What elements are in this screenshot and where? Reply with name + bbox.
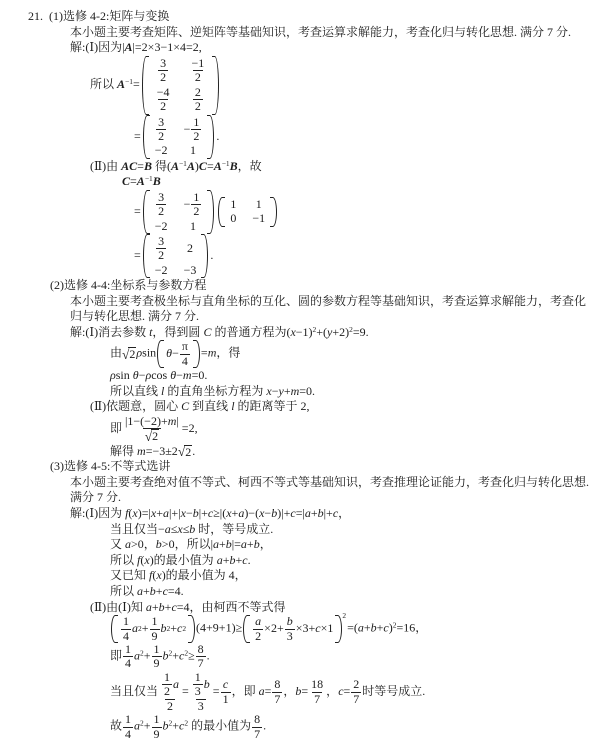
matrix-cell: 0 xyxy=(230,212,236,225)
text: 7 xyxy=(274,693,280,706)
matrix-grid: 322−2−3 xyxy=(152,234,200,278)
text-line-27: (Ⅱ)由(Ⅰ)知 a+b+c=4，由柯西不等式得 xyxy=(0,600,608,616)
matrix-cell: 32 xyxy=(155,191,167,219)
text-line-25: 又已知 f(x)的最小值为 4， xyxy=(0,568,608,584)
text-line-20: 本小题主要考查绝对值不等式、柯西不等式等基础知识，考查推理论证能力，考查化归与转… xyxy=(0,475,608,506)
text: |+ xyxy=(324,506,333,520)
text: ，得到圆 xyxy=(152,325,203,339)
text: 9 xyxy=(154,728,160,741)
text: +( xyxy=(316,325,327,339)
numerator: 1 xyxy=(152,713,162,726)
text: 解:(Ⅰ)消去参数 xyxy=(70,325,149,339)
text: (Ⅱ)依题意，圆心 xyxy=(90,399,181,413)
denominator: √2 xyxy=(143,428,161,443)
denominator: 7 xyxy=(312,692,322,706)
text: )=| xyxy=(138,506,151,520)
text: 8 xyxy=(274,678,280,691)
fraction: 12a2 xyxy=(159,671,181,713)
numerator: 3 xyxy=(156,191,166,204)
fraction: 87 xyxy=(252,713,262,741)
fraction: 19 xyxy=(152,713,162,741)
text: 的普通方程为( xyxy=(211,325,290,339)
variable: a xyxy=(255,615,261,628)
right-paren xyxy=(270,197,277,226)
bold-variable: A xyxy=(171,159,179,173)
text-line-6: (Ⅱ)由 AC=B 得(A−1A)C=A−1B，故 xyxy=(0,159,608,175)
text: + xyxy=(152,600,159,614)
matrix-grid: 32−12−4222 xyxy=(151,56,211,115)
text: =4. xyxy=(168,584,184,598)
matrix-cell: 1 xyxy=(190,220,196,233)
fraction: 32 xyxy=(156,235,166,263)
paren-group: a2×2+b3×3+c×12 xyxy=(243,615,346,643)
numerator: 8 xyxy=(252,713,262,726)
text: 所以 xyxy=(110,584,137,598)
matrix-cell: 1 xyxy=(256,198,262,211)
text: =2, xyxy=(182,421,198,435)
group-superscript: 2 xyxy=(342,612,346,619)
text: 即 xyxy=(110,649,122,663)
denominator: 2 xyxy=(193,70,203,84)
matrix-cell: −2 xyxy=(155,220,168,233)
text: 3 xyxy=(160,57,166,70)
numerator: 13b xyxy=(190,671,212,699)
text: −1) xyxy=(296,325,313,339)
text-line-22: 当且仅当−a≤x≤b 时，等号成立. xyxy=(0,522,608,538)
text: = xyxy=(137,159,144,173)
text: 又已知 xyxy=(110,568,149,582)
bold-variable: A xyxy=(117,77,125,91)
text: + xyxy=(311,506,318,520)
text: 2 xyxy=(152,429,158,443)
text: 7 xyxy=(254,728,260,741)
text-line-23: 又 a>0，b>0，所以|a+b|=a+b， xyxy=(0,537,608,553)
text: 2 xyxy=(167,700,173,713)
fraction: 87 xyxy=(272,678,282,706)
text: 所以 xyxy=(90,77,117,91)
matrix: 322−2−3 xyxy=(143,234,209,278)
numerator: 8 xyxy=(196,643,206,656)
numerator: 1 xyxy=(123,713,133,726)
numerator: 1 xyxy=(123,643,133,656)
bold-variable: A xyxy=(214,159,222,173)
text: = xyxy=(213,684,220,698)
text: − xyxy=(186,506,193,520)
text: 4 xyxy=(125,657,131,670)
matrix-cell: −12 xyxy=(189,57,208,85)
text: |1−(−2)+ xyxy=(125,415,168,428)
bold-variable: A xyxy=(187,159,195,173)
group-content: 14a2+19b2+c2 xyxy=(120,615,186,643)
text: 的直角坐标方程为 xyxy=(164,384,266,398)
fraction: 32 xyxy=(156,191,166,219)
left-paren xyxy=(143,115,150,159)
text: 2 xyxy=(158,249,164,262)
bold-variable: B xyxy=(230,159,238,173)
variable: b xyxy=(204,678,210,691)
text: 解:(Ⅰ)因为| xyxy=(70,40,124,54)
text: >0， xyxy=(131,537,156,551)
text: −1 xyxy=(192,57,205,70)
variable: c xyxy=(223,678,228,691)
text: 解:(Ⅰ)因为 xyxy=(70,506,125,520)
text: 1 xyxy=(256,198,262,211)
text-line-21: 解:(Ⅰ)因为 f(x)=|x+a|+|x−b|+c≥|(x+a)−(x−b)|… xyxy=(0,506,608,522)
text: 1 xyxy=(154,643,160,656)
text: (4+9+1)≥ xyxy=(196,621,242,635)
text: −3 xyxy=(184,264,197,277)
matrix-cell: 32 xyxy=(157,57,169,85)
text-line-30: 当且仅当12a2=13b3=c1，即 a=87，b=187，c=27时等号成立. xyxy=(0,671,608,713)
text: = xyxy=(301,684,308,698)
numerator: 1 xyxy=(162,671,172,684)
text: 7 xyxy=(353,693,359,706)
matrix-cell: 1 xyxy=(190,144,196,157)
text: = xyxy=(134,128,141,142)
variable: b xyxy=(287,615,293,628)
text: + xyxy=(172,649,179,663)
numerator: 12a xyxy=(159,671,181,699)
text: 1 xyxy=(190,220,196,233)
text: ，即 xyxy=(232,684,259,698)
bold-variable: A xyxy=(124,40,132,54)
sqrt-radical: √2 xyxy=(178,445,192,459)
text-line-29: 即14a2+19b2+c2≥87. xyxy=(0,643,608,671)
text: + xyxy=(156,506,163,520)
text: − xyxy=(184,123,191,136)
text: (3)选修 4-5:不等式选讲 xyxy=(50,459,170,473)
numerator: 1 xyxy=(191,116,201,129)
text: 当且仅当 xyxy=(110,684,158,698)
left-paren xyxy=(218,197,225,226)
left-paren xyxy=(143,190,150,234)
numerator: −1 xyxy=(190,57,207,70)
text: ， xyxy=(338,506,350,520)
text: ， xyxy=(326,684,338,698)
text: cos xyxy=(151,368,170,382)
text: 3 xyxy=(158,235,164,248)
text-line-3: 解:(Ⅰ)因为|A|=2×3−1×4=2, xyxy=(0,40,608,56)
text: 2 xyxy=(158,205,164,218)
text: ，故 xyxy=(238,159,262,173)
denominator: 3 xyxy=(196,699,206,713)
text: ×1 xyxy=(321,621,334,637)
text: 1 xyxy=(164,671,170,684)
text: 本小题主要考查矩阵、逆矩阵等基础知识，考查运算求解能力，考查化归与转化思想. 满… xyxy=(70,25,571,39)
text: 1 xyxy=(190,144,196,157)
text: = xyxy=(182,684,189,698)
text: |+ xyxy=(199,506,208,520)
numerator: −4 xyxy=(155,86,172,99)
left-paren xyxy=(143,234,150,278)
numerator: b xyxy=(285,615,295,628)
text-line-5: =32−12−21. xyxy=(0,115,608,159)
text: 由 xyxy=(110,346,122,360)
fraction: 87 xyxy=(196,643,206,671)
matrix: 32−12−21 xyxy=(143,190,215,234)
group-content: θ−π4 xyxy=(166,340,191,368)
denominator: 4 xyxy=(121,629,131,643)
text: + xyxy=(172,719,179,733)
text: −2 xyxy=(155,144,168,157)
matrix-cell: 32 xyxy=(155,116,167,144)
denominator: 3 xyxy=(285,629,295,643)
left-paren xyxy=(243,615,250,643)
text: | xyxy=(176,415,178,428)
numerator: 2 xyxy=(193,86,203,99)
fraction: 22 xyxy=(193,86,203,114)
fraction: −12 xyxy=(190,57,207,85)
text-line-11: 本小题主要考查极坐标与直角坐标的互化、圆的参数方程等基础知识，考查运算求解能力，… xyxy=(0,294,608,325)
superscript: −1 xyxy=(145,174,153,183)
text: 2 xyxy=(193,130,199,143)
text-line-2: 本小题主要考查矩阵、逆矩阵等基础知识，考查运算求解能力，考查化归与转化思想. 满… xyxy=(0,25,608,41)
text: + xyxy=(144,649,151,663)
right-paren xyxy=(212,56,219,115)
text: 2 xyxy=(164,685,170,698)
left-paren xyxy=(157,340,164,368)
text: 故 xyxy=(110,719,122,733)
bold-variable: AC xyxy=(121,159,137,173)
denominator: 2 xyxy=(156,248,166,262)
variable: m xyxy=(183,368,192,382)
left-paren xyxy=(142,56,149,115)
text: 2 xyxy=(129,347,135,361)
text: = xyxy=(207,159,214,173)
right-paren xyxy=(188,615,195,643)
text: 4 xyxy=(182,355,188,368)
numerator: 1 xyxy=(191,191,201,204)
numerator: 1 xyxy=(152,643,162,656)
right-paren xyxy=(201,234,208,278)
fraction: 12 xyxy=(162,671,172,699)
text: 的最小值为 xyxy=(188,719,251,733)
text: =9. xyxy=(353,325,369,339)
text: 3 xyxy=(158,191,164,204)
text: = xyxy=(133,77,140,91)
numerator: 1 xyxy=(150,615,160,628)
denominator: 9 xyxy=(152,727,162,741)
text: 1 xyxy=(230,198,236,211)
matrix-cell: −2 xyxy=(155,264,168,277)
denominator: 4 xyxy=(123,727,133,741)
bold-variable: B xyxy=(153,174,161,188)
text: 所以直线 xyxy=(110,384,161,398)
text: 9 xyxy=(154,657,160,670)
denominator: 4 xyxy=(180,354,190,368)
text: − xyxy=(172,346,179,362)
matrix-cell: −12 xyxy=(184,116,203,144)
numerator: c xyxy=(221,678,230,691)
text: 时，等号成立. xyxy=(195,522,273,536)
sqrt-radical: √2 xyxy=(122,347,136,361)
text: − xyxy=(184,198,191,211)
matrix-cell: 2 xyxy=(187,242,193,255)
matrix: 32−12−21 xyxy=(143,115,215,159)
matrix-cell: 32 xyxy=(155,235,167,263)
numerator: 3 xyxy=(156,235,166,248)
matrix-cell: −3 xyxy=(184,264,197,277)
text: + xyxy=(143,584,150,598)
text: + xyxy=(142,621,149,637)
text: . xyxy=(210,248,213,262)
text: 4 xyxy=(125,728,131,741)
text: 7 xyxy=(198,657,204,670)
text: . xyxy=(207,649,210,663)
text: 当且仅当− xyxy=(110,522,165,536)
numerator: 3 xyxy=(156,116,166,129)
text: = xyxy=(201,346,208,360)
radicand: 2 xyxy=(184,445,192,459)
text: +2) xyxy=(332,325,349,339)
text: + xyxy=(156,584,163,598)
text: + xyxy=(170,621,177,637)
text-line-26: 所以 a+b+c=4. xyxy=(0,584,608,600)
text: −4 xyxy=(157,86,170,99)
fraction: 19 xyxy=(150,615,160,643)
text: + xyxy=(144,719,151,733)
text-line-13: 由√2ρsinθ−π4=m，得 xyxy=(0,340,608,368)
text: )的最小值为 xyxy=(150,553,217,567)
denominator: 7 xyxy=(252,727,262,741)
text: 2 xyxy=(195,100,201,113)
text-line-10: (2)选修 4-4:坐标系与参数方程 xyxy=(0,278,608,294)
denominator: 2 xyxy=(253,629,263,643)
variable: C xyxy=(181,399,189,413)
text: 2 xyxy=(187,242,193,255)
fraction: −42 xyxy=(155,86,172,114)
right-paren xyxy=(207,190,214,234)
denominator: 7 xyxy=(196,656,206,670)
paren-group: 14a2+19b2+c2 xyxy=(111,615,195,643)
numerator: a xyxy=(253,615,263,628)
text: + xyxy=(364,621,371,635)
document-content: 21. (1)选修 4-2:矩阵与变换本小题主要考查矩阵、逆矩阵等基础知识，考查… xyxy=(0,9,608,741)
left-paren xyxy=(111,615,118,643)
text: sin xyxy=(116,368,133,382)
text-line-19: (3)选修 4-5:不等式选讲 xyxy=(0,459,608,475)
fraction: 27 xyxy=(351,678,361,706)
text: =4，由柯西不等式得 xyxy=(177,600,286,614)
text: 2 xyxy=(160,100,166,113)
fraction: 19 xyxy=(152,643,162,671)
text: 3 xyxy=(287,630,293,643)
matrix-cell: −1 xyxy=(252,212,265,225)
text: =−3±2 xyxy=(146,444,178,458)
document-page: 21. (1)选修 4-2:矩阵与变换本小题主要考查矩阵、逆矩阵等基础知识，考查… xyxy=(0,0,608,741)
bold-variable: C xyxy=(199,159,207,173)
fraction: b3 xyxy=(285,615,295,643)
text-line-16: (Ⅱ)依题意，圆心 C 到直线 l 的距离等于 2, xyxy=(0,399,608,415)
superscript: 2 xyxy=(182,625,186,632)
text: . xyxy=(216,128,219,142)
matrix-cell: −12 xyxy=(184,191,203,219)
text: 2 xyxy=(185,445,191,459)
text: = xyxy=(344,684,351,698)
superscript: −1 xyxy=(179,159,187,168)
fraction: |1−(−2)+m|√2 xyxy=(123,415,181,444)
numerator: 18 xyxy=(309,678,325,691)
text: = xyxy=(134,204,141,218)
text: ，得 xyxy=(216,346,240,360)
text: 2 xyxy=(255,630,261,643)
text: 2 xyxy=(193,205,199,218)
matrix-grid: 32−12−21 xyxy=(152,115,206,159)
variable: m xyxy=(291,384,300,398)
text-line-9: =322−2−3. xyxy=(0,234,608,278)
fraction: 14 xyxy=(123,713,133,741)
text: 2 xyxy=(160,71,166,84)
text: (2)选修 4-4:坐标系与参数方程 xyxy=(50,278,206,292)
fraction: 12 xyxy=(191,191,201,219)
text-line-7: C=A−1B xyxy=(0,174,608,190)
text: − xyxy=(176,368,183,382)
text: 2 xyxy=(195,71,201,84)
text-line-15: 所以直线 l 的直角坐标方程为 x−y+m=0. xyxy=(0,384,608,400)
matrix: 32−12−4222 xyxy=(142,56,220,115)
fraction: a2 xyxy=(253,615,263,643)
text: =0. xyxy=(299,384,315,398)
text: |= xyxy=(232,537,241,551)
text-line-8: =32−12−21110−1 xyxy=(0,190,608,234)
variable: m xyxy=(137,444,146,458)
right-paren xyxy=(335,615,342,643)
text: 18 xyxy=(311,678,323,691)
text: . xyxy=(263,719,266,733)
numerator: π xyxy=(180,340,190,353)
denominator: 7 xyxy=(272,692,282,706)
denominator: 1 xyxy=(221,692,231,706)
text: 3 xyxy=(158,116,164,129)
fraction: π4 xyxy=(180,340,190,368)
denominator: 2 xyxy=(191,204,201,218)
numerator: 3 xyxy=(158,57,168,70)
text-line-1: 21. (1)选修 4-2:矩阵与变换 xyxy=(0,9,608,25)
numerator: 1 xyxy=(121,615,131,628)
text: 1 xyxy=(195,671,201,684)
text-line-17: 即|1−(−2)+m|√2=2, xyxy=(0,415,608,444)
text: 9 xyxy=(152,630,158,643)
matrix-grid: 32−12−21 xyxy=(152,190,206,234)
text: 8 xyxy=(198,643,204,656)
text: )的最小值为 4， xyxy=(162,568,247,582)
denominator: 2 xyxy=(156,204,166,218)
fraction: 32 xyxy=(158,57,168,85)
text: 2 xyxy=(158,130,164,143)
text: 2 xyxy=(353,678,359,691)
text-line-14: ρsin θ−ρcos θ−m=0. xyxy=(0,368,608,384)
fraction: 13 xyxy=(193,671,203,699)
right-paren xyxy=(193,340,200,368)
text: 3 xyxy=(198,700,204,713)
denominator: 4 xyxy=(123,656,133,670)
text: ×2+ xyxy=(264,621,284,637)
text: . xyxy=(192,444,195,458)
text: |+| xyxy=(169,506,181,520)
text: 8 xyxy=(254,713,260,726)
matrix-grid: 110−1 xyxy=(227,197,268,226)
text: |=2×3−1×4=2, xyxy=(133,40,202,54)
text: 解得 xyxy=(110,444,137,458)
text-line-28: 14a2+19b2+c2(4+9+1)≥a2×2+b3×3+c×12=(a+b+… xyxy=(0,615,608,643)
denominator: 2 xyxy=(158,70,168,84)
text: sin xyxy=(142,346,156,360)
text: = xyxy=(130,174,137,188)
text: 本小题主要考查绝对值不等式、柯西不等式等基础知识，考查推理论证能力，考查化归与转… xyxy=(70,475,589,505)
text: 得( xyxy=(152,159,171,173)
denominator: 9 xyxy=(152,656,162,670)
text-line-24: 所以 f(x)的最小值为 a+b+c. xyxy=(0,553,608,569)
